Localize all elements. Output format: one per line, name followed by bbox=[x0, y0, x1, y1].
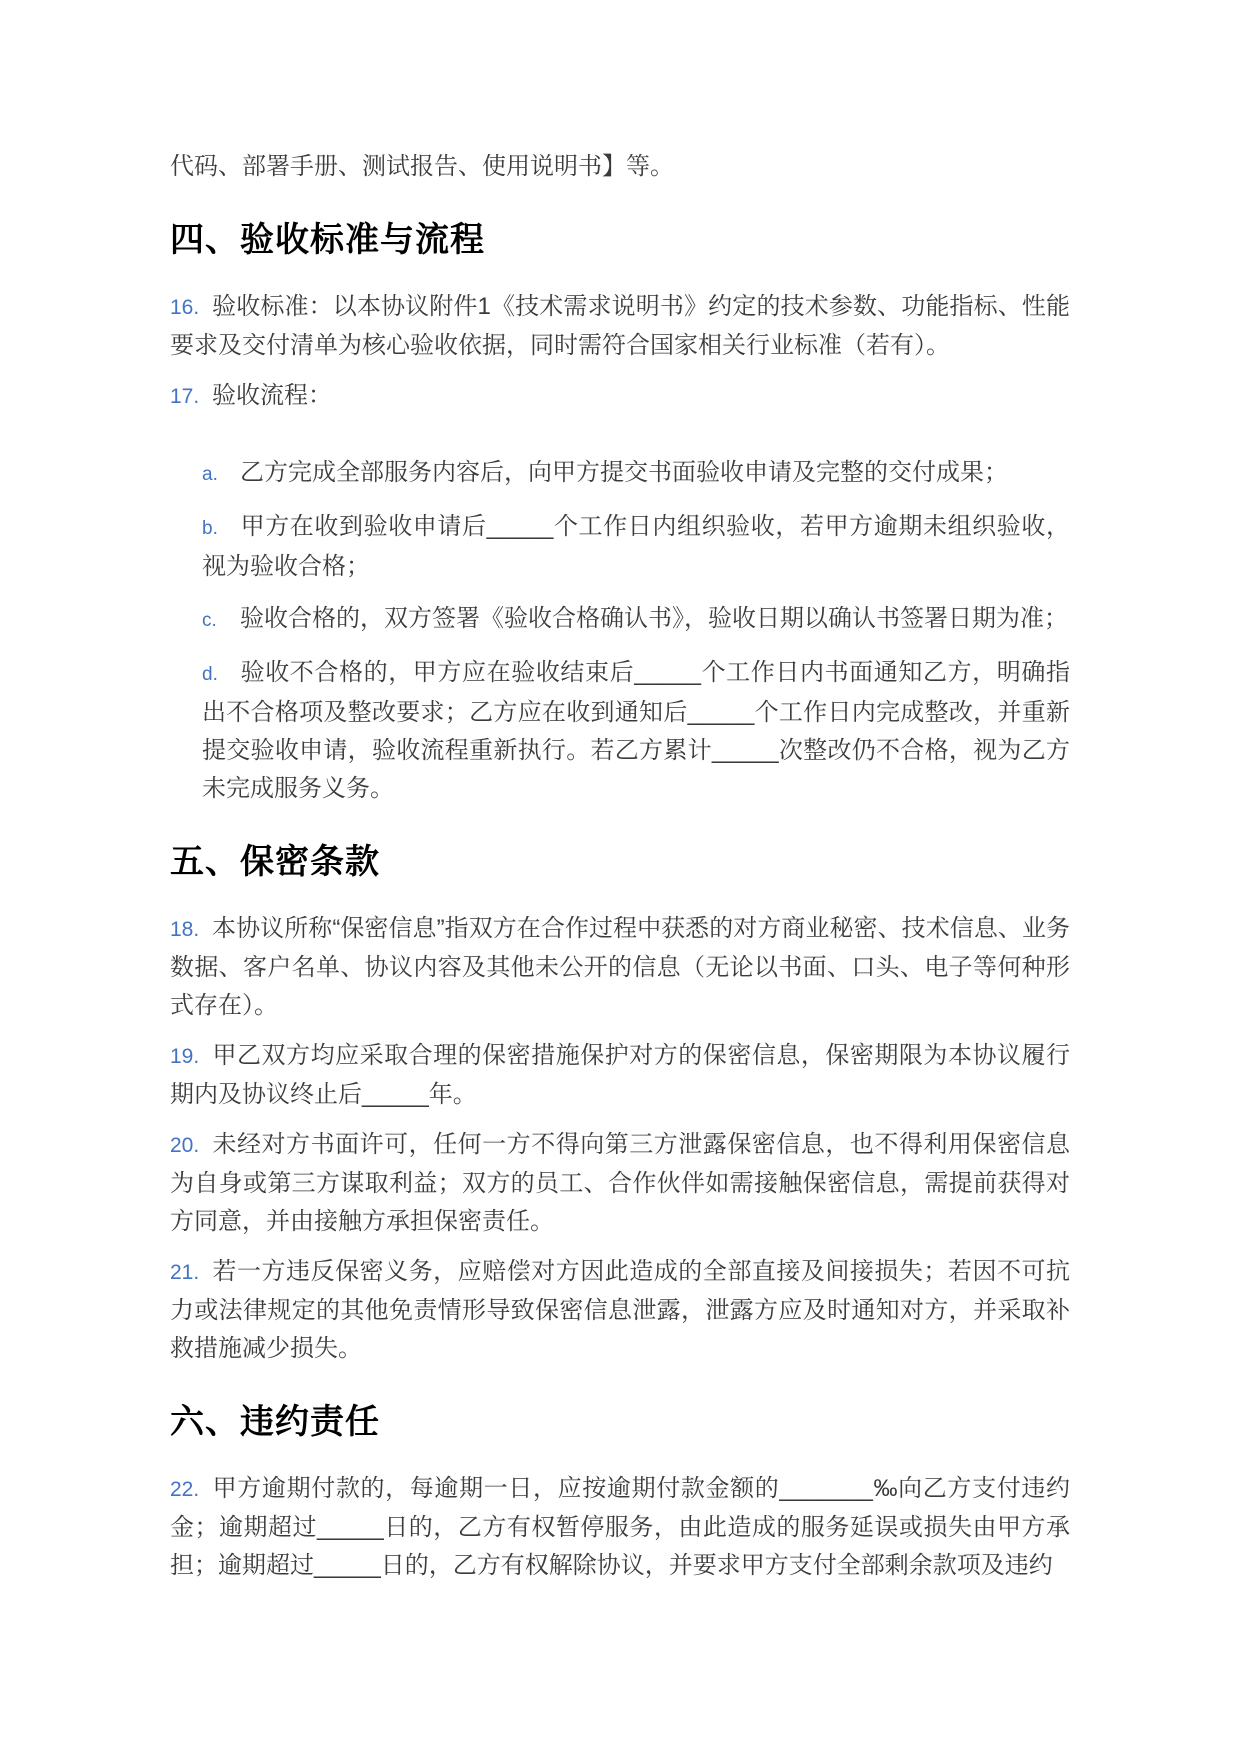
section-heading-confidentiality: 五、保密条款 bbox=[170, 840, 1070, 884]
clause-19: 19.甲乙双方均应采取合理的保密措施保护对方的保密信息，保密期限为本协议履行期内… bbox=[170, 1037, 1070, 1114]
clause-22-text: 甲方逾期付款的，每逾期一日，应按逾期付款金额的_______‰向乙方支付违约金；… bbox=[170, 1475, 1070, 1579]
clause-21: 21.若一方违反保密义务，应赔偿对方因此造成的全部直接及间接损失；若因不可抗力或… bbox=[170, 1253, 1070, 1368]
clause-21-number: 21. bbox=[170, 1254, 212, 1292]
subclause-c: c.验收合格的，双方签署《验收合格确认书》，验收日期以确认书签署日期为准； bbox=[202, 600, 1070, 640]
subclause-c-letter: c. bbox=[202, 602, 240, 640]
subclause-a-letter: a. bbox=[202, 456, 240, 494]
clause-22: 22.甲方逾期付款的，每逾期一日，应按逾期付款金额的_______‰向乙方支付违… bbox=[170, 1470, 1070, 1585]
subclause-b: b.甲方在收到验收申请后_____个工作日内组织验收，若甲方逾期未组织验收，视为… bbox=[202, 508, 1070, 586]
clause-20-text: 未经对方书面许可，任何一方不得向第三方泄露保密信息，也不得利用保密信息为自身或第… bbox=[170, 1131, 1070, 1235]
clause-18-text: 本协议所称“保密信息”指双方在合作过程中获悉的对方商业秘密、技术信息、业务数据、… bbox=[170, 915, 1070, 1019]
clause-17-text: 验收流程： bbox=[212, 382, 332, 409]
subclause-a-text: 乙方完成全部服务内容后，向甲方提交书面验收申请及完整的交付成果； bbox=[240, 459, 1008, 486]
clause-16-number: 16. bbox=[170, 289, 212, 327]
document-page: 代码、部署手册、测试报告、使用说明书】等。 四、验收标准与流程 16.验收标准：… bbox=[0, 0, 1241, 1755]
section-heading-acceptance: 四、验收标准与流程 bbox=[170, 218, 1070, 262]
clause-17-number: 17. bbox=[170, 378, 212, 416]
subclause-c-text: 验收合格的，双方签署《验收合格确认书》，验收日期以确认书签署日期为准； bbox=[240, 605, 1068, 632]
paragraph-intro-fragment: 代码、部署手册、测试报告、使用说明书】等。 bbox=[170, 148, 1070, 186]
clause-16: 16.验收标准：以本协议附件1《技术需求说明书》约定的技术参数、功能指标、性能要… bbox=[170, 288, 1070, 365]
clause-17: 17.验收流程： bbox=[170, 377, 1070, 416]
clause-18: 18.本协议所称“保密信息”指双方在合作过程中获悉的对方商业秘密、技术信息、业务… bbox=[170, 910, 1070, 1025]
clause-19-number: 19. bbox=[170, 1038, 212, 1076]
clause-19-text: 甲乙双方均应采取合理的保密措施保护对方的保密信息，保密期限为本协议履行期内及协议… bbox=[170, 1042, 1070, 1108]
section-heading-breach-liability: 六、违约责任 bbox=[170, 1400, 1070, 1444]
subclause-b-letter: b. bbox=[202, 510, 240, 548]
clause-17-sublist: a.乙方完成全部服务内容后，向甲方提交书面验收申请及完整的交付成果； b.甲方在… bbox=[202, 454, 1070, 808]
subclause-a: a.乙方完成全部服务内容后，向甲方提交书面验收申请及完整的交付成果； bbox=[202, 454, 1070, 494]
clause-18-number: 18. bbox=[170, 911, 212, 949]
subclause-d-text: 验收不合格的，甲方应在验收结束后_____个工作日内书面通知乙方，明确指出不合格… bbox=[202, 659, 1070, 802]
clause-20: 20.未经对方书面许可，任何一方不得向第三方泄露保密信息，也不得利用保密信息为自… bbox=[170, 1126, 1070, 1241]
subclause-b-text: 甲方在收到验收申请后_____个工作日内组织验收，若甲方逾期未组织验收，视为验收… bbox=[202, 513, 1070, 580]
clause-21-text: 若一方违反保密义务，应赔偿对方因此造成的全部直接及间接损失；若因不可抗力或法律规… bbox=[170, 1258, 1070, 1362]
subclause-d-letter: d. bbox=[202, 656, 240, 694]
clause-16-text: 验收标准：以本协议附件1《技术需求说明书》约定的技术参数、功能指标、性能要求及交… bbox=[170, 293, 1070, 359]
clause-22-number: 22. bbox=[170, 1471, 212, 1509]
clause-20-number: 20. bbox=[170, 1127, 212, 1165]
subclause-d: d.验收不合格的，甲方应在验收结束后_____个工作日内书面通知乙方，明确指出不… bbox=[202, 654, 1070, 808]
